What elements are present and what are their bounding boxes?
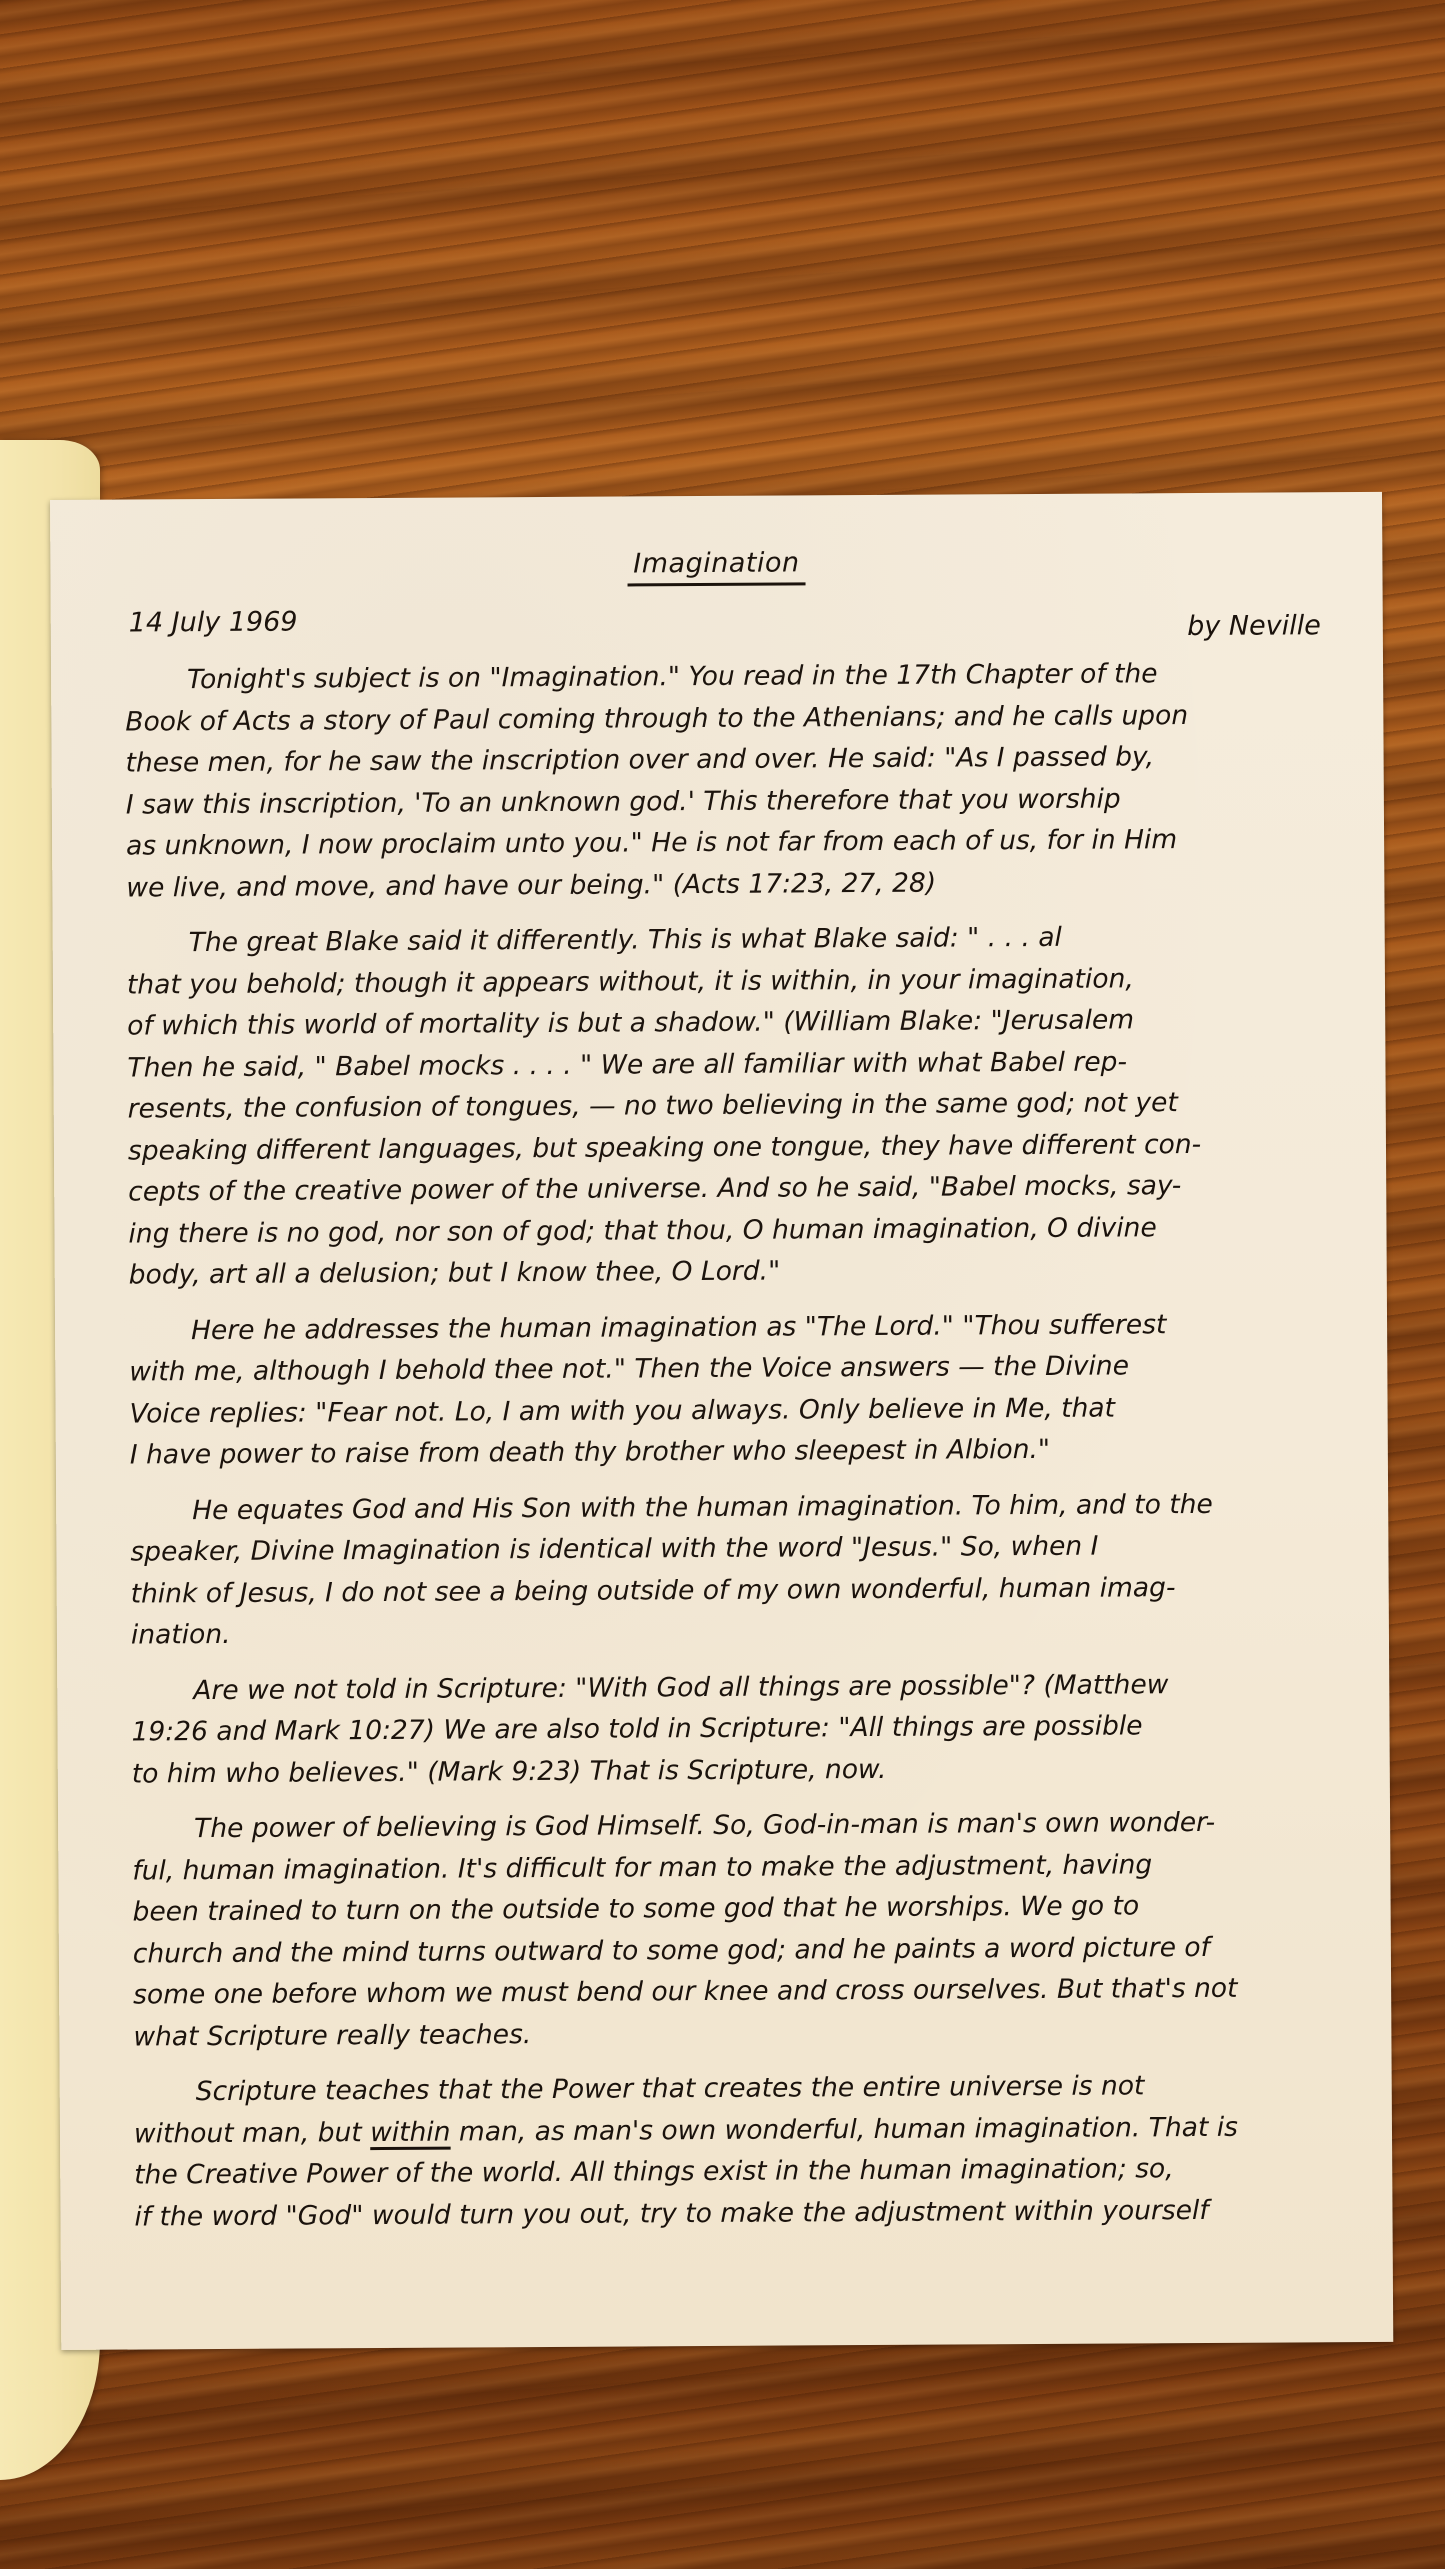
text-line: Voice replies: "Fear not. Lo, I am with … <box>129 1386 1339 1435</box>
text-line: cepts of the creative power of the unive… <box>128 1164 1338 1213</box>
text-line: to him who believes." (Mark 9:23) That i… <box>132 1746 1342 1795</box>
paragraph: The power of believing is God Himself. S… <box>132 1801 1343 2057</box>
text-line: ful, human imagination. It's difficult f… <box>132 1843 1342 1892</box>
text-line: church and the mind turns outward to som… <box>133 1926 1343 1975</box>
author-byline: by Neville <box>1187 610 1321 642</box>
text-line: I have power to raise from death thy bro… <box>130 1427 1340 1476</box>
page-title: Imagination <box>50 544 1382 590</box>
text-line: The great Blake said it differently. Thi… <box>127 915 1337 964</box>
text-line: been trained to turn on the outside to s… <box>133 1884 1343 1933</box>
underlined-word: within <box>370 2116 451 2147</box>
text-line: we live, and move, and have our being." … <box>126 860 1336 909</box>
text-line: Book of Acts a story of Paul coming thro… <box>125 694 1335 743</box>
text-line: these men, for he saw the inscription ov… <box>125 735 1335 784</box>
text-line: that you behold; though it appears witho… <box>127 957 1337 1006</box>
paragraph: The great Blake said it differently. Thi… <box>127 915 1339 1296</box>
paragraph: He equates God and His Son with the huma… <box>130 1483 1341 1656</box>
lecture-date: 14 July 1969 <box>129 606 298 638</box>
page-title-text: Imagination <box>627 547 806 586</box>
lecture-body: Tonight's subject is on "Imagination." Y… <box>125 652 1345 2251</box>
text-line: He equates God and His Son with the huma… <box>130 1483 1340 1532</box>
paragraph: Scripture teaches that the Power that cr… <box>134 2064 1345 2237</box>
text-line: Are we not told in Scripture: "With God … <box>131 1663 1341 1712</box>
text-line: if the word "God" would turn you out, tr… <box>134 2189 1344 2238</box>
text-line: ing there is no god, nor son of god; tha… <box>128 1206 1338 1255</box>
text-line: body, art all a delusion; but I know the… <box>129 1247 1339 1296</box>
text-line: the Creative Power of the world. All thi… <box>134 2147 1344 2196</box>
text-line: Here he addresses the human imagination … <box>129 1303 1339 1352</box>
text-line: without man, but within man, as man's ow… <box>134 2106 1344 2155</box>
text-line: as unknown, I now proclaim unto you." He… <box>126 818 1336 867</box>
text-line: 19:26 and Mark 10:27) We are also told i… <box>131 1704 1341 1753</box>
text-line: speaker, Divine Imagination is identical… <box>130 1524 1340 1573</box>
paragraph: Are we not told in Scripture: "With God … <box>131 1663 1342 1795</box>
text-line: Then he said, " Babel mocks . . . . " We… <box>127 1040 1337 1089</box>
text-line: with me, although I behold thee not." Th… <box>129 1344 1339 1393</box>
text-line: I saw this inscription, 'To an unknown g… <box>126 777 1336 826</box>
text-line: some one before whom we must bend our kn… <box>133 1967 1343 2016</box>
text-line: ination. <box>131 1607 1341 1656</box>
text-line: of which this world of mortality is but … <box>127 998 1337 1047</box>
paragraph: Here he addresses the human imagination … <box>129 1303 1340 1476</box>
text-line: The power of believing is God Himself. S… <box>132 1801 1342 1850</box>
text-line: Scripture teaches that the Power that cr… <box>134 2064 1344 2113</box>
text-line: Tonight's subject is on "Imagination." Y… <box>125 652 1335 701</box>
text-line: think of Jesus, I do not see a being out… <box>131 1566 1341 1615</box>
text-line: what Scripture really teaches. <box>133 2009 1343 2058</box>
text-line: speaking different languages, but speaki… <box>128 1123 1338 1172</box>
paragraph: Tonight's subject is on "Imagination." Y… <box>125 652 1336 908</box>
page-content: Imagination 14 July 1969 by Neville Toni… <box>50 492 1393 2350</box>
typed-page: Imagination 14 July 1969 by Neville Toni… <box>50 492 1393 2350</box>
text-line: resents, the confusion of tongues, — no … <box>128 1081 1338 1130</box>
